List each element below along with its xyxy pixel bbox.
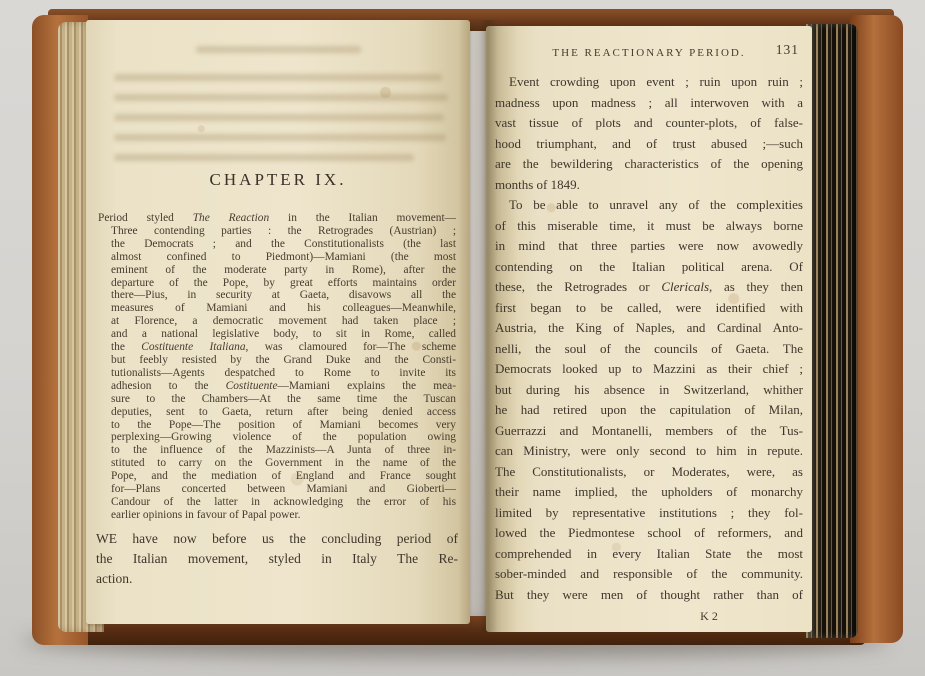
- text-line: adhesion to the Costituente—Mamiani expl…: [98, 380, 456, 393]
- showthrough-line: [114, 114, 444, 121]
- opening-paragraph: WE have now before us the concluding per…: [96, 529, 458, 589]
- text-line: limited by representative institutions ;…: [495, 503, 803, 524]
- text-line: perplexing—Growing violence of the popul…: [98, 431, 456, 444]
- text-line: deputies, sent to Gaeta, return after be…: [98, 406, 456, 419]
- text-line: Period styled The Reaction in the Italia…: [98, 212, 456, 225]
- text-line: but feebly resisted by the Grand Duke an…: [98, 354, 456, 367]
- text-line: these, the Retrogrades or Clericals, as …: [495, 277, 803, 298]
- text-line: comprehended in every Italian State the …: [495, 544, 803, 565]
- showthrough-line: [114, 94, 448, 101]
- text-line: Guerrazzi and Montanelli, members of the…: [495, 421, 803, 442]
- text-line: measures of Mamiani and his colleagues—M…: [98, 302, 456, 315]
- right-page-content: THE REACTIONARY PERIOD. 131 Event crowdi…: [486, 26, 812, 632]
- paragraph: Event crowding upon event ; ruin upon ru…: [495, 72, 803, 195]
- text-line: Austria, the King of Naples, and Cardina…: [495, 318, 803, 339]
- text-line: and a national legislative body, to sit …: [98, 328, 456, 341]
- text-line: the Democrats ; and the Constitutionalis…: [98, 238, 456, 251]
- showthrough-line: [114, 134, 446, 141]
- text-line: WE have now before us the concluding per…: [96, 529, 458, 549]
- text-line: of this miserable time, it must be alway…: [495, 216, 803, 237]
- text-line: nelli, the soul of the councils of Gaeta…: [495, 339, 803, 360]
- right-page-edge-stack: [806, 24, 858, 638]
- text-line: contending on the Italian political aren…: [495, 257, 803, 278]
- page-number: 131: [776, 42, 799, 58]
- showthrough-line: [114, 74, 442, 81]
- book-photo: CHAPTER IX. Period styled The Reaction i…: [0, 0, 925, 676]
- chapter-synopsis: Period styled The Reaction in the Italia…: [98, 212, 456, 522]
- running-head: THE REACTIONARY PERIOD. 131: [495, 43, 803, 59]
- left-page: CHAPTER IX. Period styled The Reaction i…: [86, 20, 470, 624]
- text-line: vast tissue of plots and counter-plots, …: [495, 113, 803, 134]
- text-line: Event crowding upon event ; ruin upon ru…: [495, 72, 803, 93]
- text-line: months of 1849.: [495, 175, 803, 196]
- text-line: for—Plans concerted between Mamiani and …: [98, 483, 456, 496]
- text-line: departure of the Pope, by great efforts …: [98, 277, 456, 290]
- text-line: eminent of the moderate party in Rome), …: [98, 264, 456, 277]
- text-line: can Ministry, were only second to him in…: [495, 441, 803, 462]
- paragraph: To be able to unravel any of the complex…: [495, 195, 803, 605]
- text-line: hood triumphant, and of trust abused ;—s…: [495, 134, 803, 155]
- text-line: he had retired upon the capitulation of …: [495, 400, 803, 421]
- text-line: action.: [96, 569, 458, 589]
- text-line: The Constitutionalists, or Moderates, we…: [495, 462, 803, 483]
- text-line: the Costituente Italiana, was clamoured …: [98, 341, 456, 354]
- signature-mark: K 2: [495, 606, 803, 627]
- text-line: madness upon madness ; all interwoven wi…: [495, 93, 803, 114]
- text-line: earlier opinions in favour of Papal powe…: [98, 509, 456, 522]
- text-line: Pope, and the mediation of England and F…: [98, 470, 456, 483]
- text-line: Three contending parties : the Retrograd…: [98, 225, 456, 238]
- text-line: their name implied, the upholders of mon…: [495, 482, 803, 503]
- text-line: to the Pope—The position of Mamiani beco…: [98, 419, 456, 432]
- text-line: there—Pius, in security at Gaeta, disavo…: [98, 289, 456, 302]
- text-line: in mind that three parties were now avow…: [495, 236, 803, 257]
- text-line: Democrats looked up to Mazzini as their …: [495, 359, 803, 380]
- text-line: sure to the Chambers—At the same time th…: [98, 393, 456, 406]
- left-page-content: CHAPTER IX. Period styled The Reaction i…: [86, 20, 470, 624]
- text-line: first began to be called, were identifie…: [495, 298, 803, 319]
- text-line: Candour of the latter in acknowledging t…: [98, 496, 456, 509]
- text-line: lowed the Piedmontese school of reformer…: [495, 523, 803, 544]
- text-line: To be able to unravel any of the complex…: [495, 195, 803, 216]
- open-book: CHAPTER IX. Period styled The Reaction i…: [0, 0, 925, 676]
- text-line: sober-minded and responsible of the comm…: [495, 564, 803, 585]
- running-header-title: THE REACTIONARY PERIOD.: [552, 47, 745, 59]
- text-line: but during his absence in Switzerland, w…: [495, 380, 803, 401]
- text-line: are the bewildering characteristics of t…: [495, 154, 803, 175]
- showthrough-line: [196, 46, 361, 53]
- text-line: stituted to carry on the Government in t…: [98, 457, 456, 470]
- text-line: But they were men of thought rather than…: [495, 585, 803, 606]
- text-line: almost confined to Piedmont)—Mamiani (th…: [98, 251, 456, 264]
- right-page: THE REACTIONARY PERIOD. 131 Event crowdi…: [486, 26, 812, 632]
- right-page-body: Event crowding upon event ; ruin upon ru…: [495, 72, 803, 627]
- showthrough-line: [114, 154, 414, 161]
- text-line: at Florence, a democratic movement had t…: [98, 315, 456, 328]
- text-line: to the influence of the Mazzinists—A Jun…: [98, 444, 456, 457]
- text-line: tutionalists—Agents despatched to Rome t…: [98, 367, 456, 380]
- text-line: the Italian movement, styled in Italy Th…: [96, 549, 458, 569]
- chapter-heading: CHAPTER IX.: [86, 170, 470, 190]
